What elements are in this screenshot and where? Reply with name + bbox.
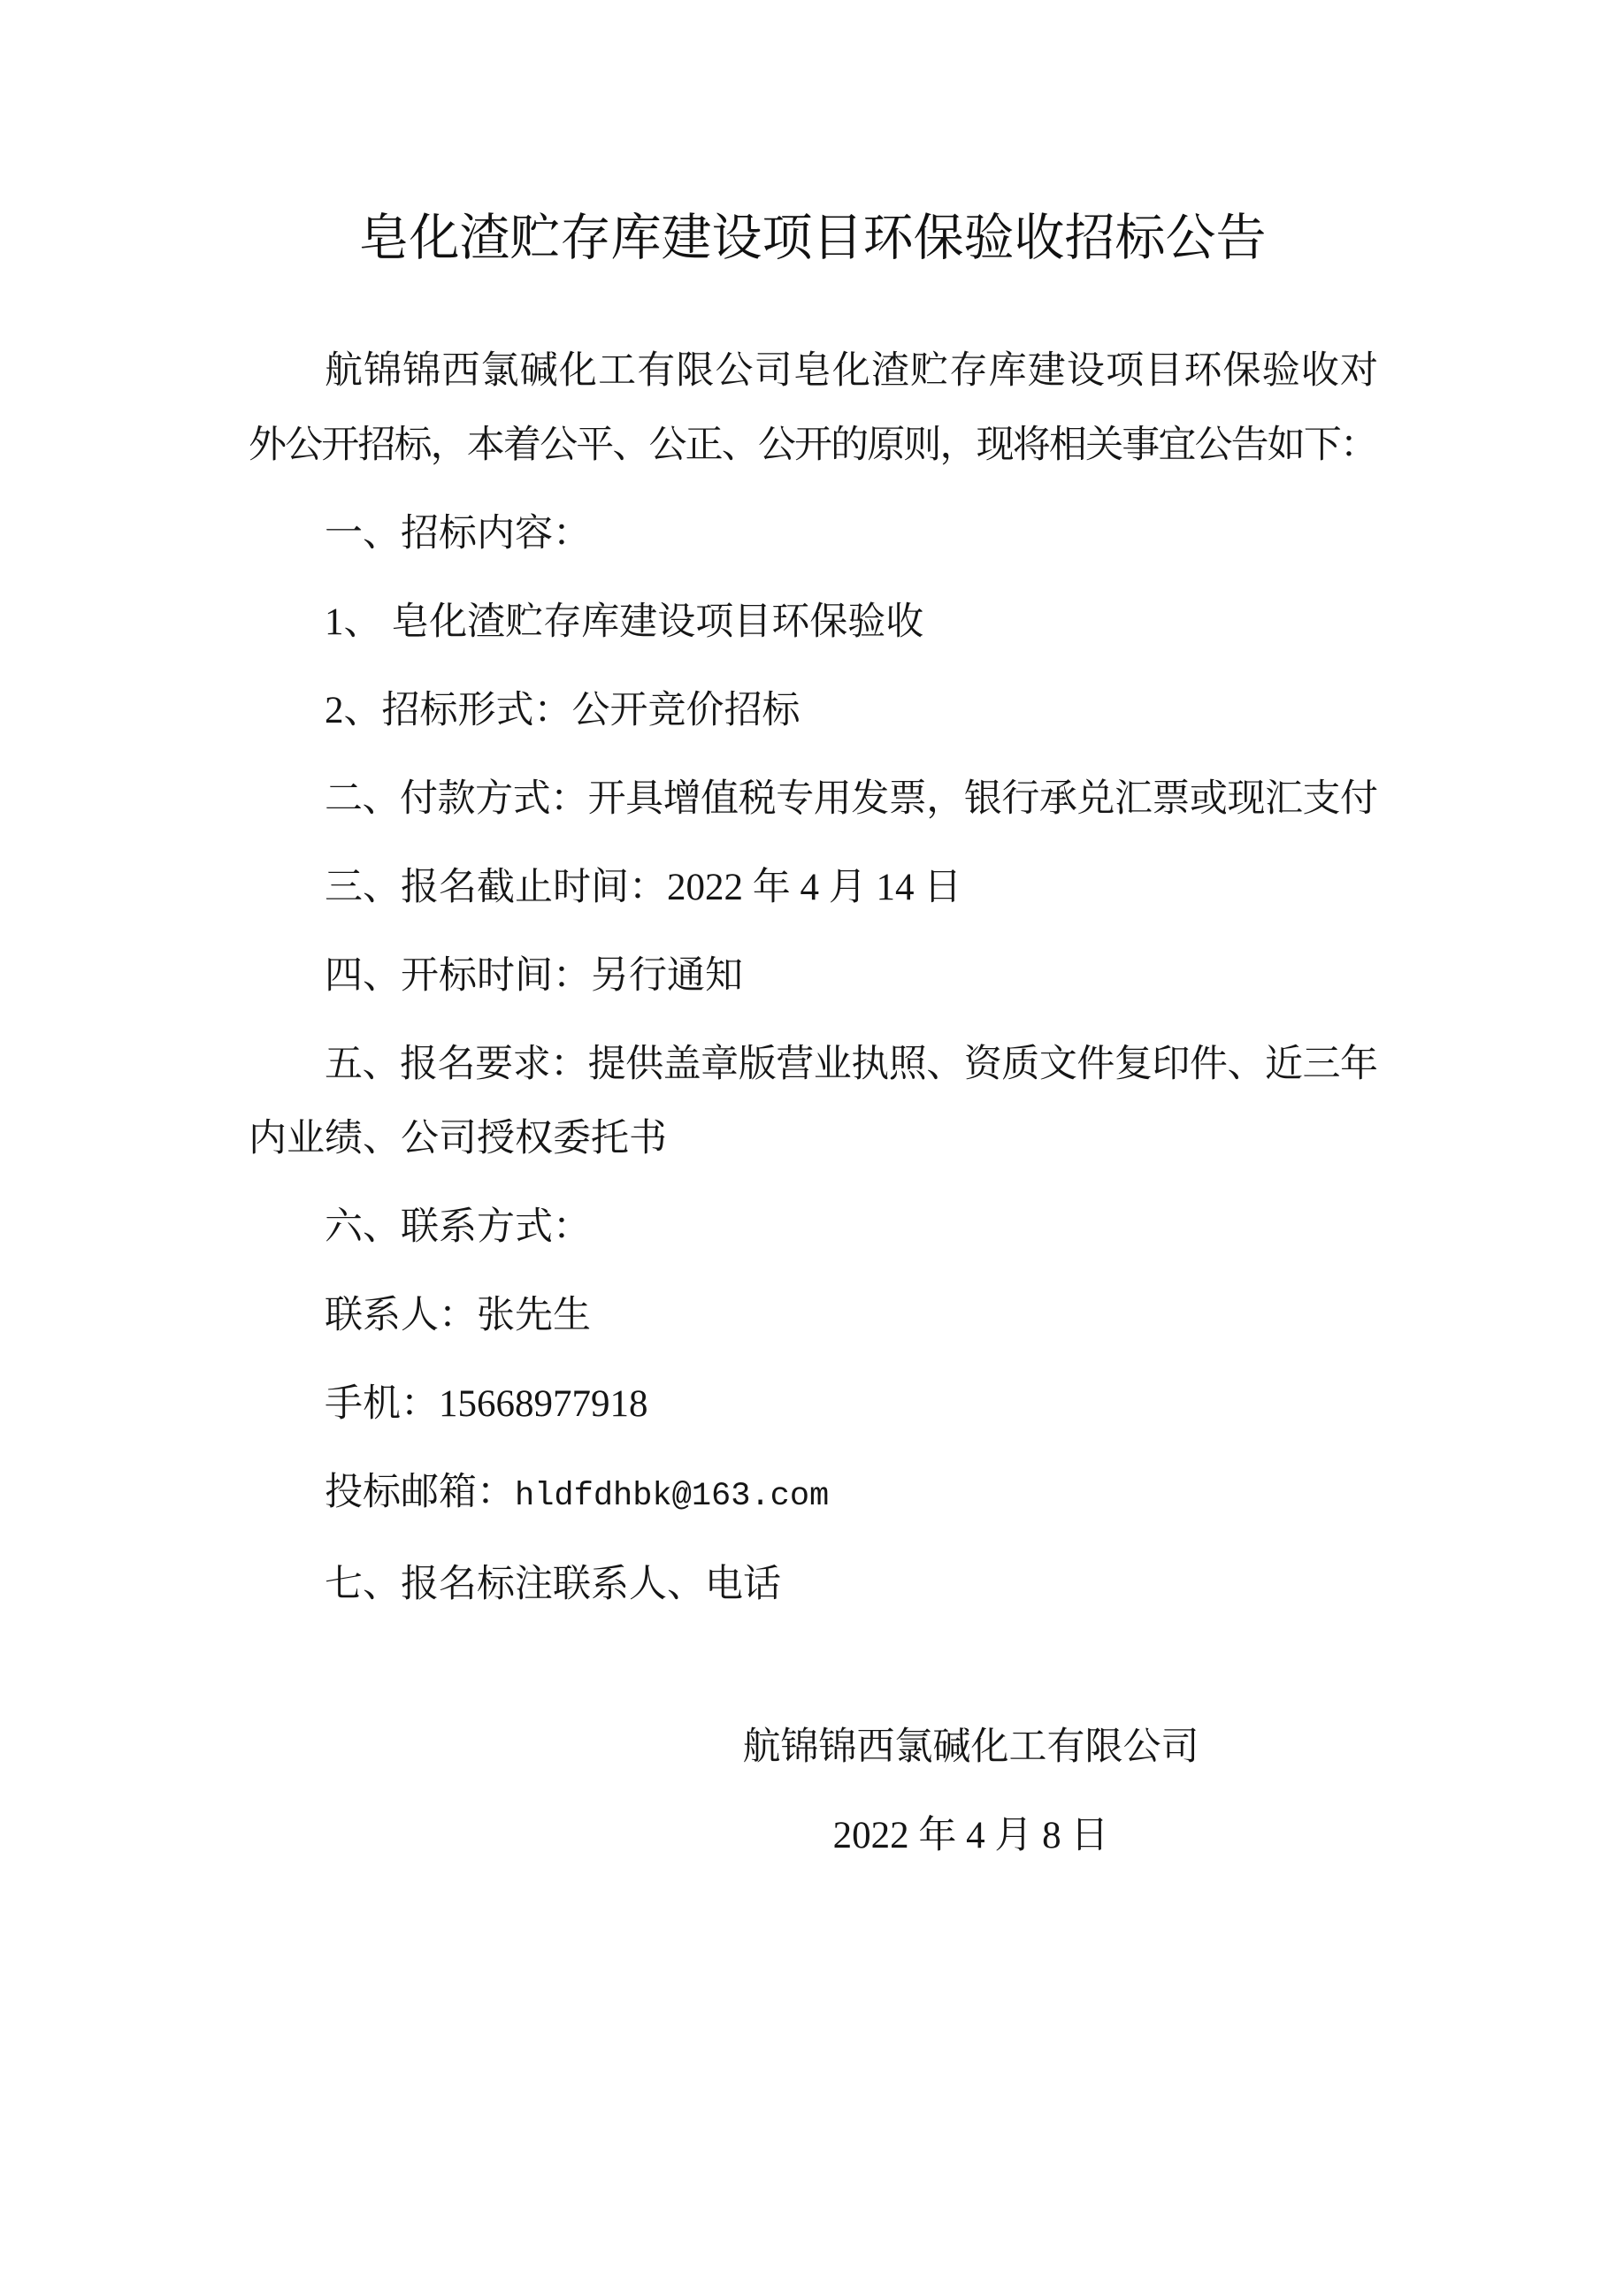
section-4-paragraph: 四、开标时间：另行通知: [249, 939, 1376, 1014]
document-footer: 航锦锦西氯碱化工有限公司 2022 年 4 月 8 日: [249, 1711, 1376, 1873]
page-title: 皂化渣贮存库建设项目环保验收招标公告: [249, 202, 1376, 276]
section-1-heading: 一、招标内容：: [249, 497, 1376, 571]
contact-email-line: 投标邮箱：hldfdhbk@163.com: [249, 1456, 1376, 1534]
document-content: 皂化渣贮存库建设项目环保验收招标公告 航锦锦西氯碱化工有限公司皂化渣贮存库建设项…: [0, 0, 1624, 1873]
contact-phone: 手机：15668977918: [249, 1367, 1376, 1442]
section-7-note: 七、报名标注联系人、电话: [249, 1548, 1376, 1622]
section-2-payment-terms: 二、付款方式：开具增值税专用发票，银行承兑汇票或现汇支付: [249, 762, 1376, 837]
section-1-item-1-paragraph: 1、 皂化渣贮存库建设项目环保验收: [249, 585, 1376, 660]
contact-phone-paragraph: 手机：15668977918: [249, 1367, 1376, 1442]
intro-paragraph: 航锦锦西氯碱化工有限公司皂化渣贮存库建设项目环保验收对 外公开招标，本着公平、公…: [249, 334, 1376, 483]
section-6-heading: 六、联系方式：: [249, 1190, 1376, 1265]
section-5-paragraph: 五、报名要求：提供盖章版营业执照、资质文件复印件、近三年 内业绩、公司授权委托书: [249, 1028, 1376, 1176]
section-6-heading-paragraph: 六、联系方式：: [249, 1190, 1376, 1265]
section-5-requirements-line-2: 内业绩、公司授权委托书: [249, 1102, 1376, 1176]
section-1-item-2: 2、招标形式：公开竞价招标: [249, 674, 1376, 748]
section-3-registration-deadline: 三、报名截止时间：2022 年 4 月 14 日: [249, 851, 1376, 925]
intro-line-1: 航锦锦西氯碱化工有限公司皂化渣贮存库建设项目环保验收对: [249, 334, 1376, 409]
section-1-item-2-paragraph: 2、招标形式：公开竞价招标: [249, 674, 1376, 748]
section-1-heading-paragraph: 一、招标内容：: [249, 497, 1376, 571]
intro-line-2: 外公开招标，本着公平、公正、公开的原则，现将相关事宜公告如下：: [249, 409, 1376, 483]
contact-person-paragraph: 联系人：张先生: [249, 1279, 1376, 1353]
section-1-item-1: 1、 皂化渣贮存库建设项目环保验收: [249, 585, 1376, 660]
section-4-bid-opening-time: 四、开标时间：另行通知: [249, 939, 1376, 1014]
section-2-paragraph: 二、付款方式：开具增值税专用发票，银行承兑汇票或现汇支付: [249, 762, 1376, 837]
email-label: 投标邮箱：: [325, 1472, 515, 1513]
section-3-paragraph: 三、报名截止时间：2022 年 4 月 14 日: [249, 851, 1376, 925]
footer-company-name: 航锦锦西氯碱化工有限公司: [565, 1711, 1376, 1785]
email-address: hldfdhbk@163.com: [515, 1478, 829, 1515]
document-page: 皂化渣贮存库建设项目环保验收招标公告 航锦锦西氯碱化工有限公司皂化渣贮存库建设项…: [0, 0, 1624, 2296]
footer-date: 2022 年 4 月 8 日: [565, 1799, 1376, 1873]
contact-person: 联系人：张先生: [249, 1279, 1376, 1353]
section-5-requirements-line-1: 五、报名要求：提供盖章版营业执照、资质文件复印件、近三年: [249, 1028, 1376, 1102]
contact-email-paragraph: 投标邮箱：hldfdhbk@163.com: [249, 1456, 1376, 1534]
section-7-paragraph: 七、报名标注联系人、电话: [249, 1548, 1376, 1622]
